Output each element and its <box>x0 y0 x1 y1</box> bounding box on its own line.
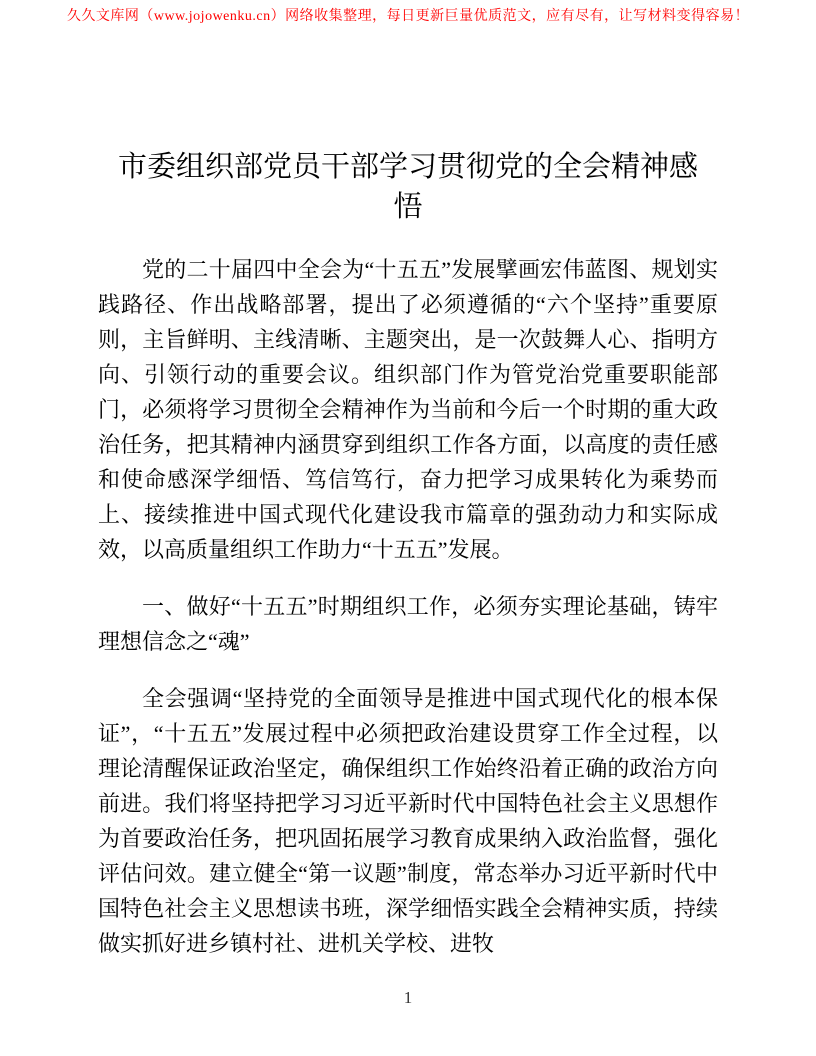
paragraph-section-body: 全会强调“坚持党的全面领导是推进中国式现代化的根本保证”，“十五五”发展过程中必… <box>98 681 718 961</box>
document-body: 党的二十届四中全会为“十五五”发展擘画宏伟蓝图、规划实践路径、作出战略部署，提出… <box>98 252 718 961</box>
document-content: 市委组织部党员干部学习贯彻党的全会精神感悟 党的二十届四中全会为“十五五”发展擘… <box>98 0 718 983</box>
paragraph-intro: 党的二十届四中全会为“十五五”发展擘画宏伟蓝图、规划实践路径、作出战略部署，提出… <box>98 252 718 567</box>
page-number: 1 <box>0 988 816 1008</box>
paragraph-section-heading: 一、做好“十五五”时期组织工作，必须夯实理论基础，铸牢理想信念之“魂” <box>98 589 718 659</box>
document-page: 久久文库网（www.jojowenku.cn）网络收集整理，每日更新巨量优质范文… <box>0 0 816 1056</box>
document-title: 市委组织部党员干部学习贯彻党的全会精神感悟 <box>108 147 708 227</box>
